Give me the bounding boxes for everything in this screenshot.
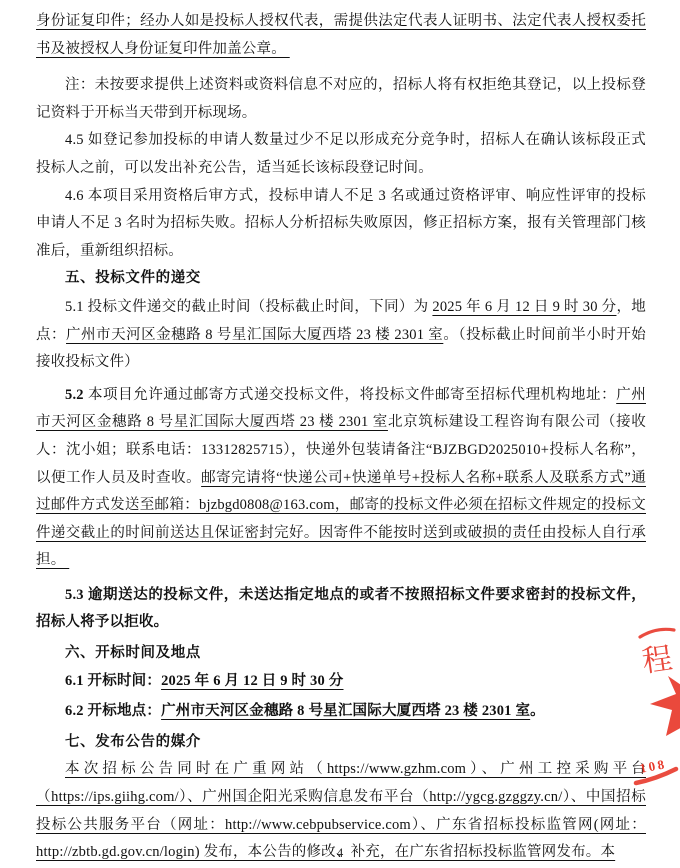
text-segment: 5.3 逾期送达的投标文件，未送达指定地点的或者不按照招标文件要求密封的投标文件…: [36, 587, 646, 631]
heading-7-announcement-media: 七、发布公告的媒介: [36, 729, 646, 757]
para-6-1: 6.1 开标时间：2025 年 6 月 12 日 9 时 30 分: [36, 668, 646, 696]
heading-5-bid-submission: 五、投标文件的递交: [36, 265, 646, 293]
para-4-6: 4.6 本项目采用资格后审方式，投标申请人不足 3 名或通过资格评审、响应性评审…: [36, 183, 646, 266]
para-note: 注：未按要求提供上述资料或资料信息不对应的，招标人将有权拒绝其登记，以上投标登记…: [36, 72, 646, 127]
text-segment: 七、发布公告的媒介: [65, 734, 201, 750]
text-segment: 2025 年 6 月 12 日 9 时 30 分: [432, 299, 616, 315]
para-registration-materials: 身份证复印件；经办人如是投标人授权代表，需提供法定代表人证明书、法定代表人授权委…: [36, 8, 646, 63]
seal-character: 程: [640, 642, 674, 679]
text-segment: 身份证复印件；经办人如是投标人授权代表，需提供法定代表人证明书、法定代表人授权委…: [36, 13, 646, 57]
text-segment: 广州市天河区金穗路 8 号星汇国际大厦西塔 23 楼 2301 室: [161, 703, 530, 719]
text-segment: 本项目允许通过邮寄方式递交投标文件，将投标文件邮寄至招标代理机构地址：: [88, 387, 616, 403]
text-segment: 广州市天河区金穗路 8 号星汇国际大厦西塔 23 楼 2301 室: [66, 327, 443, 343]
para-4-5: 4.5 如登记参加投标的申请人数量过少不足以形成充分竞争时，招标人在确认该标段正…: [36, 127, 646, 182]
seal-ring-top-arc-icon: [640, 629, 674, 637]
official-seal-fragment: 程 108: [616, 618, 680, 793]
para-5-2: 5.2 本项目允许通过邮寄方式递交投标文件，将投标文件邮寄至招标代理机构地址：广…: [36, 382, 646, 575]
text-segment: 5.2: [65, 387, 88, 403]
para-5-3: 5.3 逾期送达的投标文件，未送达指定地点的或者不按照招标文件要求密封的投标文件…: [36, 582, 646, 637]
text-segment: 4.6 本项目采用资格后审方式，投标申请人不足 3 名或通过资格评审、响应性评审…: [36, 188, 646, 259]
seal-star-icon: [650, 676, 680, 742]
para-5-1: 5.1 投标文件递交的截止时间（投标截止时间，下同）为 2025 年 6 月 1…: [36, 294, 646, 377]
text-segment: 5.1 投标文件递交的截止时间（投标截止时间，下同）为: [65, 299, 432, 315]
text-segment: 6.2 开标地点：: [65, 703, 161, 719]
text-segment: 2025 年 6 月 12 日 9 时 30 分: [161, 673, 343, 689]
para-6-2: 6.2 开标地点：广州市天河区金穗路 8 号星汇国际大厦西塔 23 楼 2301…: [36, 698, 646, 726]
text-segment: 6.1 开标时间：: [65, 673, 161, 689]
document-text-body: 身份证复印件；经办人如是投标人授权代表，需提供法定代表人证明书、法定代表人授权委…: [36, 8, 646, 867]
text-segment: 4.5 如登记参加投标的申请人数量过少不足以形成充分竞争时，招标人在确认该标段正…: [36, 132, 646, 176]
text-segment: 五、投标文件的递交: [65, 270, 201, 286]
text-segment: 。: [530, 703, 545, 719]
text-segment: 六、开标时间及地点: [65, 645, 201, 661]
page-number: 4: [0, 845, 680, 861]
document-page: { "page": { "number": "4", "background_c…: [0, 0, 680, 868]
heading-6-bid-opening: 六、开标时间及地点: [36, 640, 646, 668]
text-segment: 注：未按要求提供上述资料或资料信息不对应的，招标人将有权拒绝其登记，以上投标登记…: [36, 77, 646, 121]
